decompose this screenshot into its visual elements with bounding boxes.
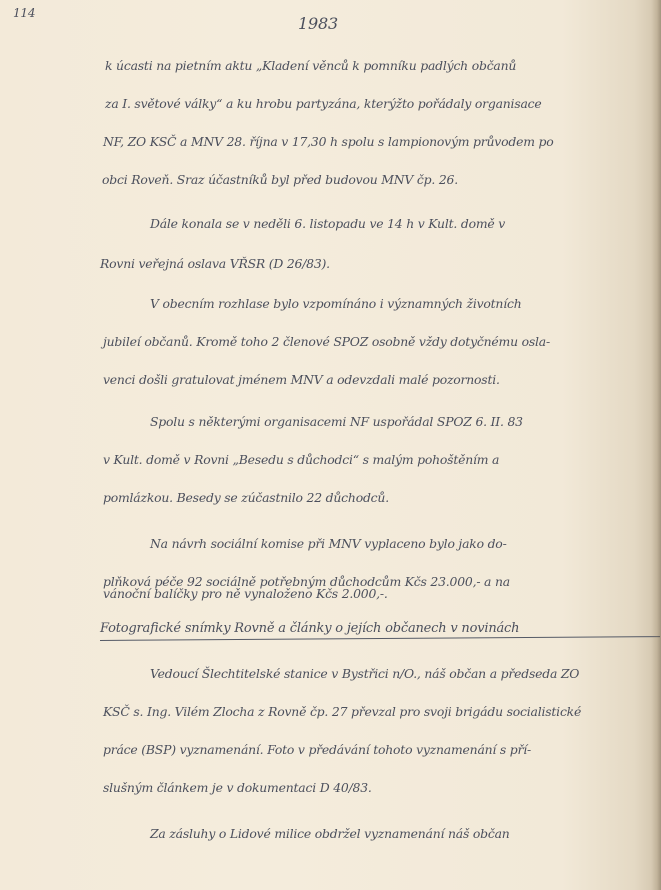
text-line: Na návrh sociální komise při MNV vyplace… <box>150 536 507 552</box>
text-line: V obecním rozhlase bylo vzpomínáno i výz… <box>150 296 522 312</box>
section-heading: Fotografické snímky Rovně a články o jej… <box>100 620 519 638</box>
text-line: obci Roveň. Sraz účastníků byl před budo… <box>102 172 458 188</box>
text-line: NF, ZO KSČ a MNV 28. října v 17,30 h spo… <box>103 134 554 150</box>
text-line: práce (BSP) vyznamenání. Foto v předáván… <box>103 742 531 758</box>
text-line: Za zásluhy o Lidové milice obdržel vyzna… <box>150 826 510 842</box>
text-line: v Kult. domě v Rovni „Besedu s důchodci“… <box>103 452 499 468</box>
text-line: Vedoucí Šlechtitelské stanice v Bystřici… <box>150 666 579 682</box>
text-line: KSČ s. Ing. Vilém Zlocha z Rovně čp. 27 … <box>103 704 581 720</box>
text-line: Rovni veřejná oslava VŘSR (D 26/83). <box>100 256 330 272</box>
text-line: pomlázkou. Besedy se zúčastnilo 22 důcho… <box>103 490 389 506</box>
page-number: 114 <box>13 6 35 20</box>
text-line: jubileí občanů. Kromě toho 2 členové SPO… <box>103 334 550 350</box>
year-heading: 1983 <box>298 14 338 33</box>
text-line: Dále konala se v neděli 6. listopadu ve … <box>150 216 505 232</box>
text-line: Spolu s některými organisacemi NF uspořá… <box>150 414 523 430</box>
text-line: za I. světové války“ a ku hrobu partyzán… <box>105 96 542 112</box>
handwritten-chronicle-page: 114 1983 k úcasti na pietním aktu „Klade… <box>0 0 661 890</box>
text-line: slušným článkem je v dokumentaci D 40/83… <box>103 780 372 796</box>
text-line: vánoční balíčky pro ně vynaloženo Kčs 2.… <box>103 586 388 602</box>
text-line: venci došli gratulovat jménem MNV a odev… <box>103 372 500 388</box>
text-line: k úcasti na pietním aktu „Kladení věnců … <box>105 58 516 74</box>
